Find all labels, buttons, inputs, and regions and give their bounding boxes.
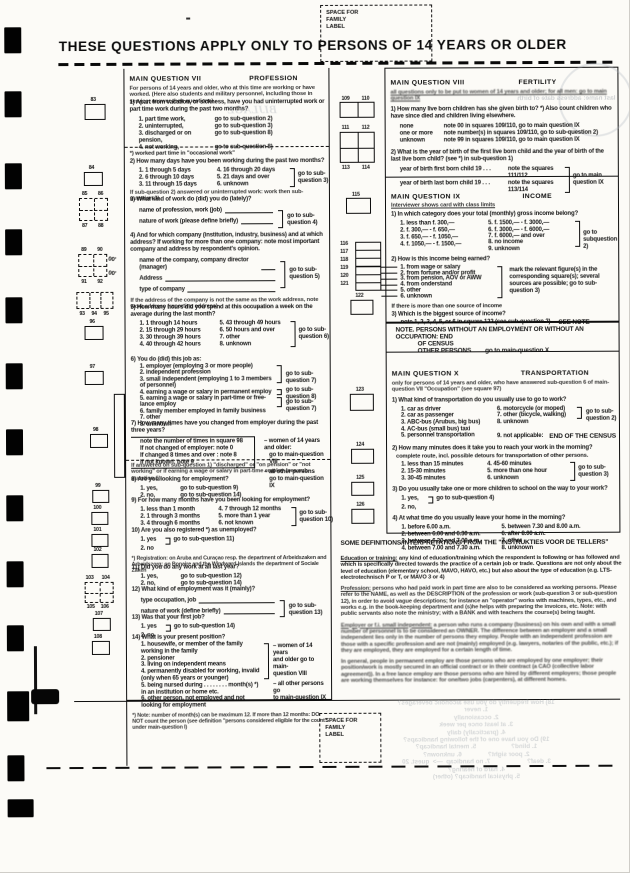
definition-text: persons who had paid work in part time a… [341, 585, 617, 617]
field-row: nature of work (please define briefly) [130, 218, 277, 226]
question-label: 1) How many live born children has she g… [391, 106, 613, 121]
answer-square-108[interactable] [92, 641, 110, 655]
answer-square-97[interactable] [85, 371, 104, 385]
bracket [290, 321, 295, 347]
bracket [577, 407, 582, 419]
section-heading: TRANSPORTATION [521, 370, 589, 377]
answer-square-115[interactable] [346, 198, 371, 214]
write-in-line[interactable] [165, 275, 275, 281]
option-column: 1. 1 through 5 days2. 6 through 10 days3… [139, 167, 217, 188]
option-text: 4. 40 through 42 hours [140, 341, 220, 348]
square-label: 98 [93, 427, 98, 433]
square-label: 91 [81, 279, 86, 285]
bracket [166, 625, 171, 632]
bleed-through-text: BIJLAGE [227, 102, 278, 117]
square-label: 112 [362, 125, 370, 131]
question-9: 9) For how many months have you been loo… [131, 497, 326, 528]
question-label: 1) In which category does your total (mo… [391, 211, 613, 219]
answer-square-grid-85-88[interactable] [79, 198, 108, 221]
question-label: 11) Did you do any work at all last year… [132, 564, 327, 572]
field-row: Address [130, 275, 279, 283]
bracket [277, 365, 282, 383]
bracket [277, 397, 282, 407]
side-note: – women of 14 years [273, 643, 327, 657]
option-column: 5. f. 1500,— - f. 3000,—6. f. 3000,— - f… [488, 220, 574, 252]
answer-square-107[interactable] [93, 618, 111, 631]
square-label: 104 [102, 575, 110, 581]
side-note: – all other persons go [273, 681, 327, 695]
option-text: 6. other person, not employed and not lo… [141, 696, 263, 710]
answer-square-83[interactable] [85, 104, 106, 120]
square-label: 85 [82, 191, 87, 197]
question-label: 8) Are you looking for employment? [131, 476, 326, 484]
definition-text: In general, people in permanent employ a… [341, 658, 622, 684]
family-label-box-top: SPACE FOR FAMILY LABEL [320, 4, 432, 61]
square-label: 124 [356, 442, 364, 448]
section-definitions: SOME DEFINITIONS/INTERPRETATIONS FROM TH… [340, 539, 622, 685]
square-label: 126 [356, 502, 364, 508]
goto-note: go to sub-question 11) [173, 536, 234, 545]
square-label: 92 [97, 279, 102, 285]
question-label: 4) And for which company (institution, i… [130, 232, 325, 254]
question-label: 3) What kind of work do (did) you do (la… [130, 196, 325, 204]
option-text: 1. yes, [401, 496, 427, 505]
option-column: 1. less than 15 minutes2. 15-30 minutes3… [401, 461, 487, 482]
option-text: 5. earning a wage or salary in part-time… [140, 395, 276, 408]
side-notes: – women of 14 years and older go to main… [273, 643, 327, 702]
binding-hole [8, 799, 34, 817]
section-heading: FERTILITY [518, 79, 556, 86]
question-label: 3) Which is the biggest source of income… [391, 311, 613, 319]
note-line: OTHER PERSONSgo to main-question X [396, 347, 616, 355]
bracket [565, 167, 570, 193]
square-label: 101 [93, 527, 101, 533]
option-column: 4. 7 through 12 months5. more than 1 yea… [218, 506, 290, 527]
bracket [280, 261, 285, 288]
pen-mark: 00’ [108, 256, 116, 263]
bracket [165, 538, 170, 545]
option-text: unknown [400, 137, 444, 144]
option-text: 1. yes [140, 537, 164, 546]
pen-mark: 00’ [108, 270, 116, 277]
square-label: 119 [340, 265, 348, 271]
definition-term: Education or training: [341, 556, 398, 562]
option-row: unknownnote 99 in squares 109/110, go to… [391, 137, 613, 145]
answer-square-98[interactable] [90, 434, 108, 448]
goto-note: go to sub-question 3) [298, 170, 340, 184]
footnote: *) worked part time in "occasional work" [130, 150, 325, 157]
field-label: type occupation, job [132, 598, 196, 605]
binding-hole [5, 163, 22, 189]
footnote: *) Note: number of month(s) can be maxim… [132, 712, 327, 731]
write-in-line[interactable] [188, 286, 276, 292]
goto-note: go to sub-question 14) [174, 623, 235, 632]
option-text: 3. 11 through 15 days [139, 181, 217, 188]
option-column: 5. 43 through 49 hours6. 50 hours and ov… [219, 320, 289, 348]
option-row: 3. discharged or on pension,go to sub-qu… [130, 130, 325, 145]
option-text: 1. housewife, or member of the family wo… [141, 641, 263, 655]
section-title: MAIN QUESTION X [392, 370, 459, 377]
square-label: 120 [340, 273, 348, 279]
goto-note: go to subquestion 2) [583, 230, 617, 252]
write-in-line[interactable] [199, 597, 275, 603]
field-label: name of the company, company director (m… [130, 257, 258, 272]
square-label: 93 [79, 311, 84, 317]
square-label: 123 [356, 387, 364, 393]
square-label: 102 [93, 547, 101, 553]
field-label: name of profession, work (job) [130, 207, 222, 214]
question-label: 7) How many times have you changed from … [131, 420, 326, 435]
option-list: 1. employer (employing 3 or more people)… [131, 363, 276, 428]
square-label: 111 [342, 125, 350, 131]
frame-line [384, 68, 387, 533]
income-note: NOTE. PERSONS WITHOUT AN EMPLOYMENT OR W… [396, 326, 616, 355]
option-text: 9. not applicable: [497, 433, 543, 440]
question-label: 2) How many days have you been working d… [130, 158, 325, 166]
section-intro: Interviewer shows card with class limits [391, 202, 613, 209]
answer-square-84[interactable] [84, 172, 103, 186]
goto-note: go to sub-question 7) [286, 371, 326, 385]
note-text: OTHER PERSONS [418, 347, 471, 354]
census-form-page: SPACE FOR FAMILY LABEL THESE QUESTIONS A… [0, 0, 630, 873]
question-4: 4) And for which company (institution, i… [130, 232, 325, 311]
binding-hole [7, 625, 24, 651]
option-text: 9. unknown [488, 245, 574, 252]
square-label: 87 [82, 223, 87, 229]
question-14: 14) What is your present position? 1. ho… [132, 634, 327, 731]
section-title: MAIN QUESTION IX [391, 193, 460, 200]
square-label: 83 [91, 97, 96, 103]
header-divider [58, 61, 616, 66]
side-note: and older go to main- [273, 657, 327, 671]
section-header: MAIN QUESTION IX INCOME [391, 193, 613, 201]
square-label: 125 [356, 475, 364, 481]
bracket [291, 507, 296, 526]
option-text: 1. yes [141, 624, 165, 633]
question-label: 12) What kind of employment was it (main… [132, 586, 327, 594]
marking-note: mark the relevant figure(s) in the corre… [509, 267, 609, 295]
square-label: 105 [87, 604, 95, 610]
definition-term: Profession: [341, 586, 371, 592]
write-in-line[interactable] [225, 207, 273, 213]
section-transportation: MAIN QUESTION X TRANSPORTATION only for … [392, 370, 617, 553]
answer-square-99[interactable] [92, 490, 109, 503]
square-label: 113 [342, 165, 350, 171]
bleed-through-line: 5. physical handicap? (other) [331, 773, 621, 782]
option-text: 3. small independent (employing 1 to 3 m… [140, 376, 276, 389]
goto-note: go to sub-question 4) [436, 495, 494, 504]
square-label: 88 [98, 223, 103, 229]
option-row: 9. not applicable:END OF THE CENSUS [488, 432, 616, 440]
section-title: SOME DEFINITIONS/INTERPRETATIONS FROM TH… [340, 539, 621, 547]
frame-line [617, 67, 620, 532]
option-text: 6. unknown [217, 181, 289, 188]
field-row: name of the company, company director (m… [130, 257, 279, 272]
square-label: 94 [91, 311, 96, 317]
option-text: 3. discharged or on pension, [139, 130, 215, 144]
section-title: MAIN QUESTION VII [129, 75, 201, 82]
answer-square-grid-89-92[interactable] [78, 254, 107, 277]
scan-blob [31, 689, 59, 704]
square-label: 90 [97, 247, 102, 253]
square-label: 117 [340, 249, 348, 255]
section-header: MAIN QUESTION X TRANSPORTATION [392, 370, 616, 378]
square-label: 103 [86, 575, 94, 581]
goto-note: go to sub-question 4) [287, 213, 325, 227]
bracket [575, 221, 580, 247]
question-5: 5) How many hours did you spend at this … [130, 304, 325, 349]
answer-square-122[interactable] [350, 300, 373, 315]
answer-square-125[interactable] [351, 482, 374, 496]
scan-dot [186, 18, 190, 20]
binding-hole [6, 495, 23, 521]
goto-note: go to sub-question 5) [289, 267, 325, 281]
end-census-note: END OF THE CENSUS [549, 432, 616, 439]
question-2: 2) How many days have you been working d… [130, 158, 325, 189]
square-label: 84 [89, 165, 94, 171]
field-row: type of company [130, 286, 279, 294]
binding-hole [7, 691, 29, 721]
question-label: 2) What is the year of birth of the firs… [391, 149, 613, 164]
section-heading: PROFESSION [249, 75, 298, 82]
bracket [290, 168, 295, 187]
section-intro: only for persons of 14 years and older, … [392, 380, 616, 394]
question-subnote: complete route, incl. possible detours f… [392, 452, 616, 459]
question-3: 3) What kind of work do (did) you do (la… [130, 196, 325, 226]
frame-line [126, 701, 127, 766]
family-label-line: LABEL [326, 24, 426, 31]
square-label: 106 [101, 604, 109, 610]
answer-square-grid-103-106[interactable] [85, 582, 114, 603]
option-column: 4. 16 through 20 days5. 21 days and over… [217, 167, 289, 188]
square-label: 97 [90, 364, 95, 370]
option-column: 1. car as driver2. car as passenger3. AB… [401, 406, 497, 439]
side-note: – women of 14 years and older: [264, 438, 326, 452]
square-label: 89 [81, 247, 86, 253]
answer-square-100[interactable] [91, 512, 108, 525]
goto-note: note the squares 113/114 [508, 180, 564, 194]
square-label: 116 [340, 241, 348, 247]
option-column: 4. 45-60 minutes5. more than one hour6. … [487, 461, 569, 482]
option-text: 8. unknown [497, 419, 577, 426]
square-label: 118 [340, 257, 348, 263]
answer-square-101[interactable] [91, 534, 108, 547]
question-11: 11) Did you do any work at all last year… [132, 564, 327, 588]
square-label: 96 [89, 319, 94, 325]
answer-square-96[interactable] [85, 326, 104, 340]
square-label: 108 [94, 634, 102, 640]
square-label: 122 [355, 293, 363, 299]
option-text: 5. personnel transportation [401, 432, 497, 439]
bracket [570, 462, 575, 481]
option-text: year of birth first born child 19 . . . [400, 166, 508, 180]
question-label: 13) Was that your first job? [132, 614, 327, 622]
square-label: 99 [95, 483, 100, 489]
goto-note: go to main question IX [573, 173, 613, 187]
option-text: 2. no, [392, 504, 616, 512]
bracket [277, 389, 282, 395]
goto-note: go to sub-question 10) [299, 509, 343, 523]
note-line: NOTE. PERSONS WITHOUT AN EMPLOYMENT OR W… [396, 326, 616, 341]
answer-square-111-114[interactable] [340, 132, 375, 163]
answer-square-123[interactable] [350, 394, 374, 411]
option-list: 1. from wage or salary2. from fortune an… [391, 265, 495, 300]
connector-box [114, 394, 125, 478]
section-profession: MAIN QUESTION VII PROFESSION For persons… [123, 68, 332, 701]
goto-note: go to sub-question 8) [215, 130, 273, 144]
binding-hole [6, 363, 23, 389]
square-label: 107 [95, 611, 103, 617]
write-in-line[interactable] [241, 218, 273, 224]
answer-square-stack-116-121[interactable] [355, 242, 381, 291]
option-text: 2. no [131, 545, 326, 553]
side-note: question VIII [273, 671, 327, 678]
goto-note: note the squares 111/112 [508, 166, 564, 180]
goto-note: go to sub-question 6) [299, 327, 341, 341]
bleed-through-block: 18) How frequently do you use alcoholic … [331, 699, 621, 782]
binding-hole [5, 229, 22, 255]
answer-square-109-110[interactable] [340, 102, 375, 118]
binding-hole [4, 91, 21, 117]
section-header: MAIN QUESTION VII PROFESSION [129, 75, 324, 83]
answer-square-grid-93-95[interactable] [76, 292, 113, 309]
binding-hole [7, 561, 24, 587]
question-label: 4) At what time do you usually leave you… [392, 515, 616, 523]
bleed-through-text: last name: address date of birth [394, 95, 616, 103]
question-label: 10) Are you also registered *) as unempl… [131, 527, 326, 535]
goto-note: go to main-question X [485, 347, 549, 354]
field-row: name of profession, work (job) [130, 207, 277, 215]
option-text: 4. permanently disabled for working, inv… [141, 668, 263, 682]
answer-square-126[interactable] [351, 509, 374, 524]
question-12: 12) What kind of employment was it (main… [132, 586, 327, 616]
field-row: type occupation, job [132, 597, 279, 605]
bracket [278, 210, 283, 228]
option-text: 3. 30-45 minutes [401, 475, 487, 482]
page-title: THESE QUESTIONS APPLY ONLY TO PERSONS OF… [0, 37, 627, 55]
answer-square-102[interactable] [92, 554, 109, 568]
goto-note: note 99 in squares 109/110, go to main q… [444, 137, 580, 145]
goto-note: go to sub-question 2) [586, 408, 620, 422]
option-text: 6. unknown [487, 475, 569, 482]
option-row: year of birth first born child 19 . . .n… [391, 166, 564, 181]
section-header: MAIN QUESTION VIII FERTILITY [390, 79, 612, 87]
square-label: 100 [93, 505, 101, 511]
routing-note: If there is more than one source of inco… [391, 302, 613, 309]
option-column: 1. less than f. 300,—2. f. 300,— - f. 65… [400, 221, 488, 253]
square-label: 86 [98, 191, 103, 197]
field-label: Address [130, 276, 162, 283]
question-label: 1) What kind of transportation do you us… [392, 396, 616, 404]
question-label: 5) How many hours did you spend at this … [130, 304, 325, 319]
binding-hole [5, 297, 22, 323]
section-title: MAIN QUESTION VIII [390, 79, 464, 86]
binding-hole [7, 755, 24, 781]
question-label: 2) How many minutes does it take you to … [392, 444, 616, 452]
field-label: type of company [130, 287, 184, 294]
bracket [497, 266, 502, 298]
option-text: 8. unknown [220, 341, 290, 348]
goto-note: go to sub-question 3) [578, 464, 620, 478]
question-label: 2) How is this income being earned? [391, 256, 613, 264]
answer-square-124[interactable] [351, 449, 374, 464]
question-label: 3) Do you usually take one or more child… [392, 486, 616, 494]
square-label: 114 [362, 165, 370, 171]
option-column: 1. 1 through 14 hours2. 15 through 29 ho… [139, 320, 219, 348]
option-text: 6. unknown [400, 294, 495, 300]
option-column: 1. less than 1 month2. 1 through 3 month… [140, 506, 218, 527]
square-label: 121 [340, 281, 348, 287]
option-text: 4. f. 1050,— - f. 1500,— [400, 242, 488, 249]
section-income: MAIN QUESTION IX INCOME Interviewer show… [391, 193, 614, 327]
section-heading: INCOME [522, 193, 552, 200]
binding-hole [6, 429, 23, 455]
scanned-form-content: SPACE FOR FAMILY LABEL THESE QUESTIONS A… [0, 0, 630, 873]
option-text: 5. being nursed during . . . . . . . . m… [141, 682, 263, 696]
question-label: 9) For how many months have you been loo… [131, 497, 326, 505]
bracket [428, 497, 433, 504]
question-6: 6) You do (did) this job as: 1. employer… [131, 356, 326, 428]
goto-note: go to sub-question 7) [286, 399, 326, 413]
bracket [264, 643, 269, 679]
field-label: nature of work (please define briefly) [130, 218, 238, 225]
square-label: 95 [103, 311, 108, 317]
write-in-line[interactable] [261, 264, 275, 270]
